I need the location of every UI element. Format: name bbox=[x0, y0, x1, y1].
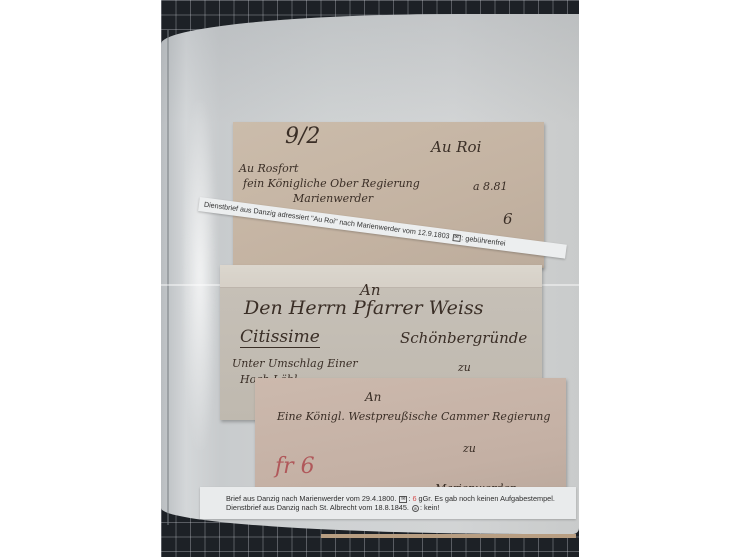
letter-fold-band bbox=[220, 265, 542, 288]
address-line: Au Rosfort bbox=[239, 162, 298, 175]
caption-line-2: Dienstbrief aus Danzig nach St. Albrecht… bbox=[226, 503, 439, 512]
caption-line-1: Brief aus Danzig nach Marienwerder vom 2… bbox=[226, 494, 555, 503]
caption-text: Dienstbrief aus Danzig nach St. Albrecht… bbox=[226, 503, 409, 512]
address-line: Eine Königl. Westpreußische Cammer Regie… bbox=[277, 410, 550, 423]
envelope-icon: ✉ bbox=[399, 496, 407, 503]
rate-mark: 9/2 bbox=[285, 124, 320, 149]
address-line: Den Herrn Pfarrer Weiss bbox=[244, 297, 484, 319]
caption-text: : kein! bbox=[420, 503, 439, 512]
letter-3: An Eine Königl. Westpreußische Cammer Re… bbox=[255, 378, 566, 497]
postmark-icon: ⊛ bbox=[412, 505, 419, 512]
address-line: zu bbox=[458, 361, 471, 374]
letter-bottom-edge bbox=[321, 534, 576, 538]
address-line: Schönbergründe bbox=[400, 329, 527, 347]
album-page-photo: 9/2 Au Roi Au Rosfort fein Königliche Ob… bbox=[161, 0, 579, 557]
caption-text: gGr. Es gab noch keinen Aufgabestempel. bbox=[419, 494, 555, 503]
side-mark: a 8.81 bbox=[473, 180, 508, 193]
addressee-prefix: An bbox=[365, 390, 381, 404]
address-line: zu bbox=[463, 442, 476, 455]
envelope-icon: ✉ bbox=[452, 234, 461, 242]
sheet-edge bbox=[167, 30, 169, 525]
address-line: fein Königliche Ober Regierung bbox=[243, 177, 420, 190]
caption-text: Brief aus Danzig nach Marienwerder vom 2… bbox=[226, 494, 396, 503]
caption-box-letters-2-3: Brief aus Danzig nach Marienwerder vom 2… bbox=[200, 487, 576, 519]
corner-mark: 6 bbox=[503, 210, 513, 228]
light-glare bbox=[183, 100, 217, 450]
caption-text: : gebührenfrei bbox=[461, 233, 506, 248]
rate-mark: fr 6 bbox=[275, 454, 315, 479]
address-line: Marienwerder bbox=[293, 192, 373, 205]
destination-mark: Au Roi bbox=[431, 138, 481, 156]
urgent-mark: Citissime bbox=[240, 327, 320, 348]
rate-value: 6 bbox=[412, 494, 416, 503]
address-line: Unter Umschlag Einer bbox=[232, 357, 358, 370]
